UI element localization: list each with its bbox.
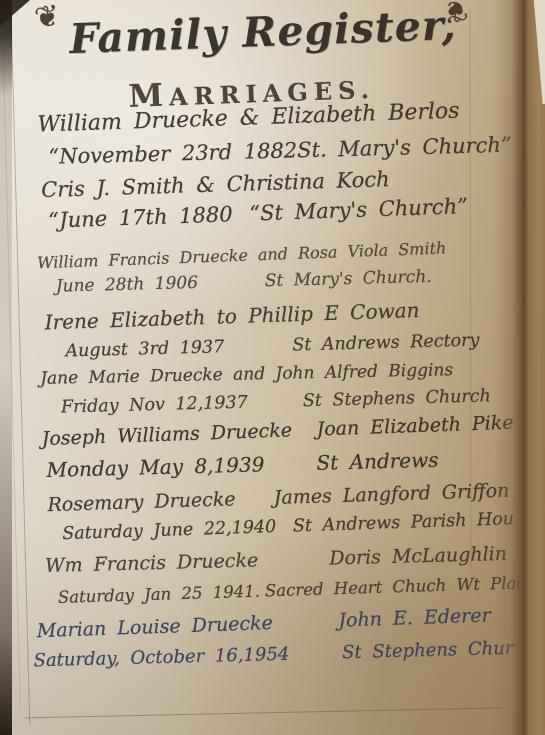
marriage-entry-names: Wm Francis Druecke Doris McLaughlin [45,543,507,577]
marriage-entry-names: Irene Elizabeth to Phillip E Cowan [44,297,451,334]
entry-date-text: Friday Nov 12,1937 [61,393,248,418]
entry-names-text: John E. Ederer [338,604,491,631]
entry-names-text: Doris McLaughlin [329,543,507,570]
entry-names-text: Jane Marie Druecke and John Alfred Biggi… [40,360,453,389]
entry-date-text: Saturday June 22,1940 [62,517,277,544]
entry-names-text: Marian Louise Druecke [36,612,273,642]
entry-names-text: Joseph Williams Druecke [41,419,292,450]
entry-names-text: Cris J. Smith & Christina Koch [41,167,390,202]
entry-place-text: St Andrews Parish Hou [293,509,515,536]
entry-names-text: Wm Francis Druecke [45,549,259,577]
entry-date-text: June 28th 1906 [56,273,199,297]
marriage-entry-names: Jane Marie Druecke and John Alfred Biggi… [40,359,518,389]
entry-place-text: Sacred Heart Chuch Wt Plac [265,573,526,600]
entry-place-text: St Stephens Chur [342,638,514,663]
entry-names-text [433,166,434,190]
marriage-entry-date-place: June 28th 1906 St Mary's Church. [56,267,432,297]
entry-names-text [450,297,451,321]
border-rule-bottom [25,707,503,718]
entry-place-text: St Andrews Rectory [292,331,480,356]
marriage-entry-date-place: August 3rd 1937 St Andrews Rectory [65,331,479,362]
page-content: ❦ ❦ Family Register, MARRIAGES. William … [0,0,545,735]
marriage-entry-date-place: Saturday Jan 25 1941. Sacred Heart Chuch… [58,573,526,607]
book-page-edge [493,0,545,735]
entry-names-text: James Langford Griffon [273,480,509,509]
entry-date-text: August 3rd 1937 [65,337,224,361]
entry-names-text [463,238,464,257]
entry-names-text [461,98,462,123]
marriage-entry-date-place: “November 23rd 1882 St. Mary's Church” [48,134,472,169]
marriage-entry-date-place: Friday Nov 12,1937 St Stephens Church [61,386,491,417]
photo-frame: ❦ ❦ Family Register, MARRIAGES. William … [0,0,545,735]
entry-date-text: “November 23rd 1882 [48,138,297,169]
corner-ornament-icon: ❦ [32,0,63,37]
entry-place-text: St Stephens Church [303,386,491,411]
entry-date-text: “June 17th 1880 [48,202,233,232]
entry-names-text: Rosemary Druecke [47,488,236,516]
page-title: Family Register, [68,2,430,63]
register-page: ❦ ❦ Family Register, MARRIAGES. William … [0,0,545,735]
marriage-entry-names: Joseph Williams Druecke Joan Elizabeth P… [41,412,513,450]
entry-date-text: Saturday Jan 25 1941. [58,582,261,607]
marriage-entry-date-place: Saturday June 22,1940 St Andrews Parish … [62,509,514,544]
entry-date-text: Saturday, October 16,1954 [33,644,289,672]
entry-names-text: Irene Elizabeth to Phillip E Cowan [44,298,419,334]
entry-place-text: “St Mary's Church” [249,194,468,226]
entry-place-text: St. Mary's Church” [297,133,512,163]
entry-date-text: Monday May 8,1939 [46,452,264,482]
margin-rule-left [10,7,30,725]
photo-edge-left [0,0,12,735]
entry-place-text: St Mary's Church. [265,267,432,291]
marriage-entry-names: Marian Louise Druecke John E. Ederer [36,604,490,642]
marriage-entry-date-place: Monday May 8,1939 St Andrews [46,448,438,482]
entry-names-text: Joan Elizabeth Pike [316,412,514,441]
entry-place-text: St Andrews [316,448,439,475]
marriage-entry-date-place: Saturday, October 16,1954 St Stephens Ch… [33,638,513,672]
